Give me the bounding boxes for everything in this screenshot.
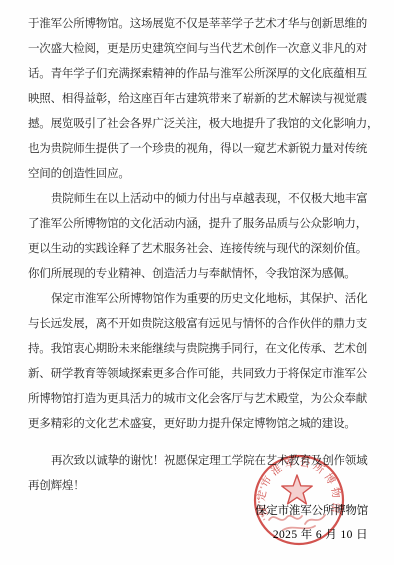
text-line: 撼。展览吸引了社会各界广泛关注，极大地提升了我馆的文化影响力， xyxy=(28,112,368,137)
text-line: 更以生动的实践诠释了艺术服务社会、连接传统与现代的深刻价值。 xyxy=(28,237,368,262)
text-line: 一次盛大检阅，更是历史建筑空间与当代艺术创作一次意义非凡的对 xyxy=(28,37,368,62)
letter-page: 于淮军公所博物馆。这场展览不仅是莘莘学子艺术才华与创新思维的一次盛大检阅，更是历… xyxy=(0,0,394,565)
text-line: 空间的创造性回应。 xyxy=(28,162,368,187)
letter-body: 于淮军公所博物馆。这场展览不仅是莘莘学子艺术才华与创新思维的一次盛大检阅，更是历… xyxy=(28,12,368,499)
text-line: 映照、相得益彰，给这座百年古建筑带来了崭新的艺术解读与视觉震 xyxy=(28,87,368,112)
text-line: 与长远发展，离不开如贵院这般富有远见与情怀的合作伙伴的鼎力支 xyxy=(28,312,368,337)
text-line: 所博物馆打造为更具活力的城市文化会客厅与艺术殿堂，为公众奉献 xyxy=(28,387,368,412)
text-line: 话。青年学子们充满探索精神的作品与淮军公所深厚的文化底蕴相互 xyxy=(28,62,368,87)
text-line: 新、研学教育等领域探索更多合作可能，共同致力于将保定市淮军公 xyxy=(28,362,368,387)
text-line: 也为贵院师生提供了一个珍贵的视角，得以一窥艺术新锐力量对传统 xyxy=(28,137,368,162)
text-line: 更多精彩的文化艺术盛宴，更好助力提升保定博物馆之城的建设。 xyxy=(28,412,368,437)
seal-cursive-flourish xyxy=(283,515,325,530)
text-line: 保定市淮军公所博物馆作为重要的历史文化地标，其保护、活化 xyxy=(28,287,368,312)
text-line: 持。我馆衷心期盼未来能继续与贵院携手同行，在文化传承、艺术创 xyxy=(28,337,368,362)
seal-star-icon xyxy=(282,475,312,504)
seal-border-circle xyxy=(255,456,343,544)
text-line: 了淮军公所博物馆的文化活动内涵，提升了服务品质与公众影响力， xyxy=(28,212,368,237)
text-line: 你们所展现的专业精神、创造活力与奉献情怀，令我馆深为感佩。 xyxy=(28,262,368,287)
seal-cursive-flourish xyxy=(269,516,302,520)
text-line: 于淮军公所博物馆。这场展览不仅是莘莘学子艺术才华与创新思维的 xyxy=(28,12,368,37)
official-seal-stamp-icon: 保定市淮军公所博物馆 xyxy=(253,454,345,546)
text-line: 贵院师生在以上活动中的倾力付出与卓越表现，不仅极大地丰富 xyxy=(28,187,368,212)
